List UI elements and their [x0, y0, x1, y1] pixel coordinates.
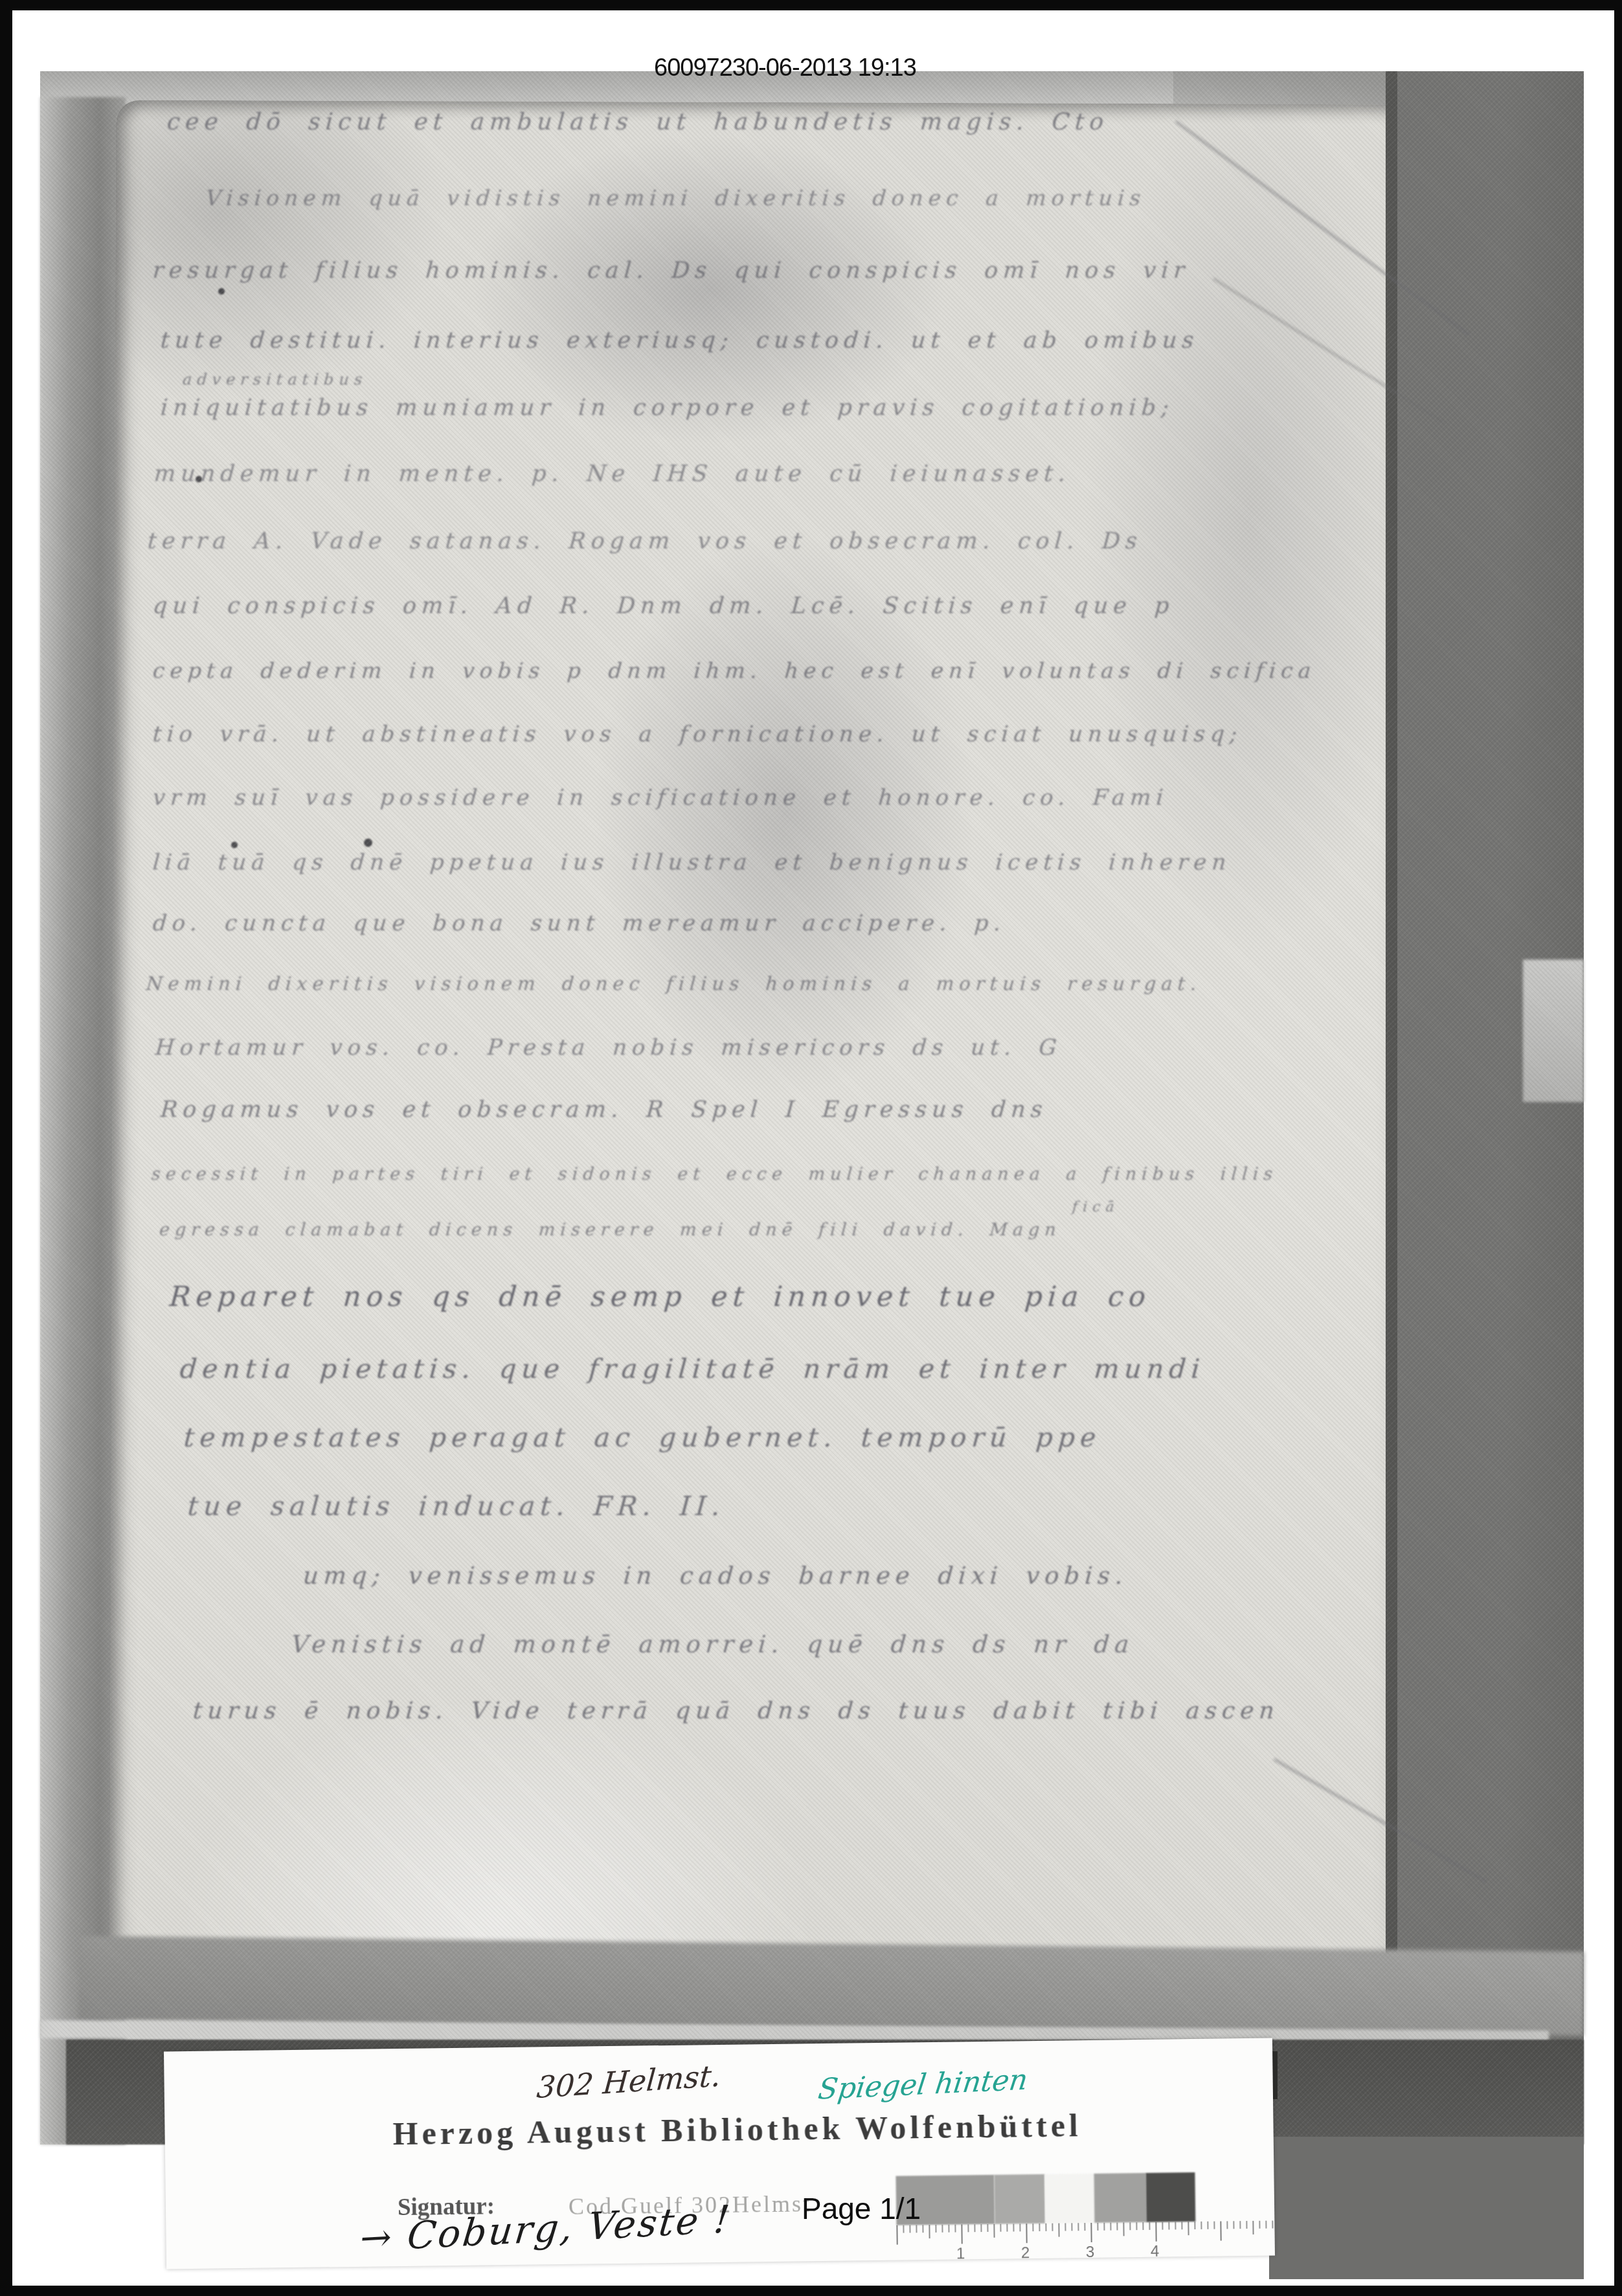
manuscript-text-line: dentia pietatis. que fragilitatē nrām et…	[179, 1353, 1206, 1384]
library-name: Herzog August Bibliothek Wolfenbüttel	[392, 2106, 1082, 2152]
ruler-number: 3	[1086, 2244, 1095, 2262]
scan-border-left	[0, 0, 12, 2296]
manuscript-text-line: turus ē nobis. Vide terrā quā dns ds tuu…	[192, 1698, 1281, 1724]
grayscale-calibration-bar	[895, 2172, 1195, 2225]
calibration-patch	[994, 2174, 1045, 2224]
manuscript-text-line: Hortamur vos. co. Presta nobis misericor…	[155, 1035, 1063, 1061]
manuscript-text-line: Visionem quā vidistis nemini dixeritis d…	[205, 185, 1147, 210]
manuscript-text-line: umq; venissemus in cados barnee dixi vob…	[302, 1562, 1129, 1590]
scan-timestamp-header: 60097230-06-2013 19:13	[654, 54, 916, 82]
manuscript-text-line: iniquitatibus muniamur in corpore et pra…	[160, 395, 1175, 421]
manuscript-text-line: liā tuā qs dnē ppetua ius illustra et be…	[152, 850, 1232, 875]
scan-border-bottom	[0, 2286, 1622, 2296]
manuscript-text-line: cee dō sicut et ambulatis ut habundetis …	[166, 109, 1110, 135]
ruler: 1234	[896, 2221, 1274, 2262]
scan-border-top	[0, 0, 1622, 10]
manuscript-text-line: tute destitui. interius exteriusq; custo…	[160, 328, 1200, 354]
manuscript-text-line: mundemur in mente. p. Ne IHS aute cū iei…	[153, 461, 1072, 487]
ruler-number: 4	[1151, 2243, 1160, 2261]
scanned-document-page: cee dō sicut et ambulatis ut habundetis …	[0, 0, 1622, 2296]
manuscript-text-line: Rogamus vos et obsecram. R Spel I Egress…	[160, 1097, 1049, 1123]
ruler-number: 2	[1021, 2244, 1030, 2262]
manuscript-text-line: do. cuncta que bona sunt mereamur accipe…	[152, 910, 1007, 936]
manuscript-text-line: tue salutis inducat. FR. II.	[186, 1491, 726, 1522]
manuscript-text-line: tio vrā. ut abstineatis vos a fornicatio…	[152, 721, 1243, 747]
handwritten-note-spiegel: Spiegel hinten	[817, 2063, 1030, 2106]
calibration-patch	[1145, 2172, 1195, 2222]
page-indicator: Page 1/1	[802, 2191, 921, 2226]
ruler-number: 1	[956, 2245, 965, 2263]
manuscript-text-line: resurgat filius hominis. cal. Ds qui con…	[152, 258, 1191, 284]
manuscript-text-line: Reparet nos qs dnē semp et innovet tue p…	[168, 1281, 1152, 1313]
manuscript-text-line: cepta dederim in vobis p dnm ihm. hec es…	[152, 658, 1317, 683]
manuscript-text-line: Venistis ad montē amorrei. quē dns ds nr…	[290, 1630, 1134, 1658]
manuscript-text-line: secessit in partes tiri et sidonis et ec…	[151, 1164, 1278, 1184]
manuscript-text-line: adversitatibus	[182, 370, 368, 388]
calibration-patch	[1044, 2174, 1094, 2223]
manuscript-text-line: qui conspicis omī. Ad R. Dnm dm. Lcē. Sc…	[152, 593, 1175, 619]
scan-border-right	[1614, 0, 1622, 2296]
handwritten-shelfmark: 302 Helmst.	[535, 2058, 722, 2105]
calibration-patch	[1094, 2173, 1146, 2223]
manuscript-text-line: ficā	[1072, 1199, 1120, 1215]
manuscript-text-line: egressa clamabat dicens miserere mei dnē…	[159, 1220, 1062, 1240]
manuscript-text-layer: cee dō sicut et ambulatis ut habundetis …	[0, 0, 1622, 2296]
manuscript-text-line: Nemini dixeritis visionem donec filius h…	[146, 973, 1202, 995]
manuscript-text-line: vrm suī vas possidere in scificatione et…	[152, 785, 1169, 811]
manuscript-text-line: tempestates peragat ac gubernet. temporū…	[183, 1422, 1102, 1453]
manuscript-text-line: terra A. Vade satanas. Rogam vos et obse…	[147, 528, 1143, 554]
